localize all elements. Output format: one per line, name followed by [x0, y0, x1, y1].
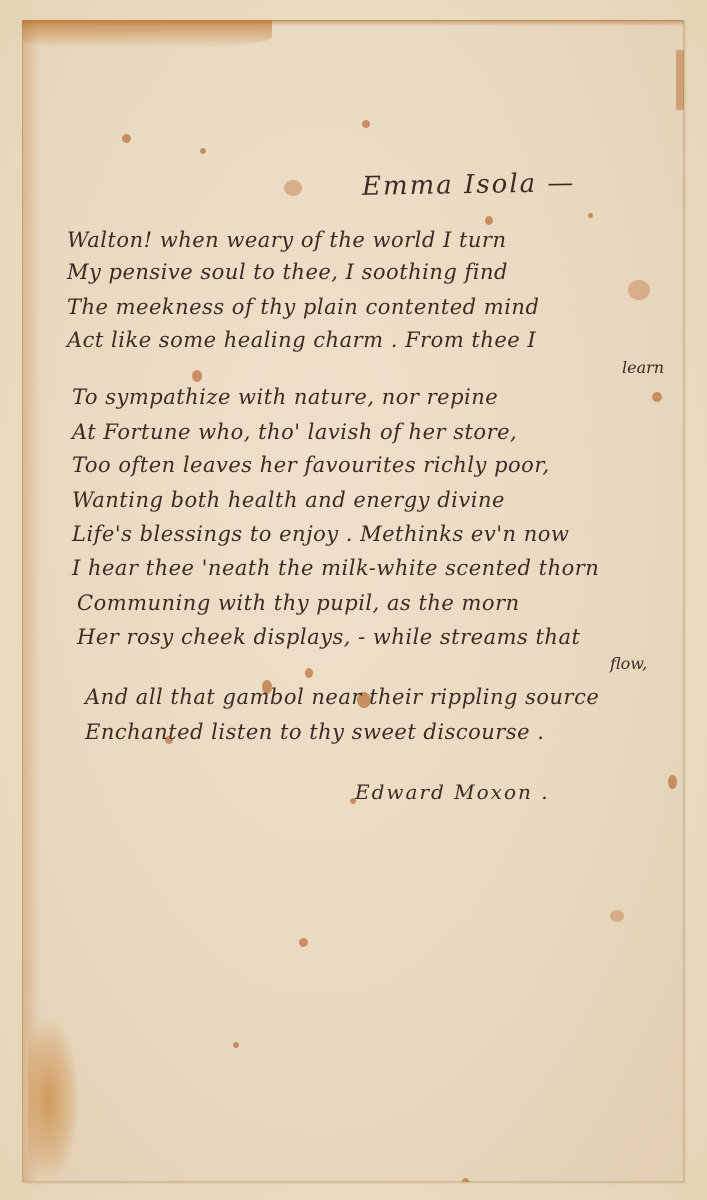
mount-background: Emma Isola — Walton! when weary of the w…	[0, 0, 707, 1200]
signature: Edward Moxon .	[355, 780, 550, 804]
poem-line: Too often leaves her favourites richly p…	[72, 453, 550, 477]
poem-line: My pensive soul to thee, I soothing find	[67, 260, 508, 284]
poem-runover: learn	[622, 358, 664, 377]
poem-line: Communing with thy pupil, as the morn	[77, 591, 520, 615]
poem-line: Wanting both health and energy divine	[72, 488, 505, 512]
poem-runover: flow,	[610, 654, 647, 673]
poem-line: To sympathize with nature, nor repine	[72, 385, 498, 409]
poem-line: I hear thee 'neath the milk-white scente…	[72, 556, 599, 580]
poem-line: The meekness of thy plain contented mind	[67, 295, 539, 319]
poem-line: And all that gambol near their rippling …	[85, 685, 599, 709]
poem-line: Walton! when weary of the world I turn	[67, 228, 507, 252]
poem-line: Life's blessings to enjoy . Methinks ev'…	[72, 522, 569, 546]
manuscript-sheet: Emma Isola — Walton! when weary of the w…	[22, 20, 684, 1182]
poem-line: At Fortune who, tho' lavish of her store…	[72, 420, 517, 444]
poem-text: Emma Isola — Walton! when weary of the w…	[22, 20, 684, 1182]
poem-line: Enchanted listen to thy sweet discourse …	[85, 720, 544, 744]
poem-line: Act like some healing charm . From thee …	[67, 328, 536, 352]
poem-line: Her rosy cheek displays, - while streams…	[77, 625, 580, 649]
poem-heading: Emma Isola —	[362, 168, 576, 202]
